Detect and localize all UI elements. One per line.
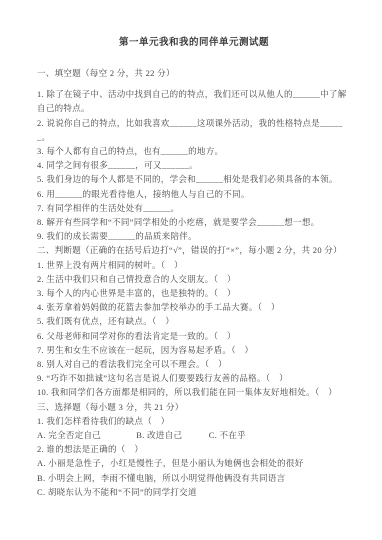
question-line: 4. 张芳拿着妈妈做的花篮去参加学校举办的手工品大赛。（ ） — [37, 300, 351, 314]
question-line: 8. 解开有些同学和“不同”同学相处的小疙瘩，就是要学会______想一想。 — [37, 215, 351, 229]
question-line: 5. 我们既有优点，还有缺点。（ ） — [37, 314, 351, 328]
section-true-false: 二、判断题（正确的在括号后边打“√”，错误的打“×”，每小题 2 分，共 20 … — [37, 243, 351, 399]
question-line: 5. 我们身边的每个人都是不同的，学会和______相处是我们必须具备的本领。 — [37, 172, 351, 186]
question-line: 3. 每个人都有自己的特点，也有______的地方。 — [37, 144, 351, 158]
question-line: 7. 有同学相伴的生活处处有______。 — [37, 201, 351, 215]
test-paper-page: 第一单元我和我的同伴单元测试题 一、填空题（每空 2 分，共 22 分） 1. … — [0, 0, 382, 540]
question-line: 6. 父母老师和同学对你的看法肯定是一致的。（ ） — [37, 329, 351, 343]
section-heading: 一、填空题（每空 2 分，共 22 分） — [37, 66, 351, 80]
question-line: 1. 世界上没有两片相同的树叶。（ ） — [37, 258, 351, 272]
page-title: 第一单元我和我的同伴单元测试题 — [37, 36, 351, 50]
question-line: 7. 男生和女生不应该在一起玩，因为容易起矛盾。（ ） — [37, 343, 351, 357]
section-spacer — [37, 80, 351, 87]
section-multiple-choice: 三、选择题（每小题 3 分，共 21 分） 1. 我们怎样看待我们的缺点（ ） … — [37, 400, 351, 499]
section-heading: 三、选择题（每小题 3 分，共 21 分） — [37, 400, 351, 414]
question-line: 10. 我和同学们各方面都是相同的，所以我们能在同一集体友好地相处。（ ） — [37, 385, 351, 399]
question-line: 1. 我们怎样看待我们的缺点（ ） — [37, 414, 351, 428]
question-line: 2. 说说你自己的特点，比如我喜欢______这项课外活动，我的性格特点是___… — [37, 116, 351, 144]
section-heading: 二、判断题（正确的在括号后边打“√”，错误的打“×”，每小题 2 分，共 20 … — [37, 243, 351, 257]
question-line: 2. 生活中我们只和自己情投意合的人交朋友。（ ） — [37, 272, 351, 286]
choice-option-line: A. 小丽是急性子，小红是慢性子，但是小丽认为她俩也会相处的很好 — [37, 456, 351, 470]
choice-option-line: B. 小明会上网，李雨不懂电脑，所以小明觉得他俩没有共同语言 — [37, 471, 351, 485]
question-line: 9. 我们的成长需要______的品质来陪伴。 — [37, 229, 351, 243]
question-line: 8. 别人对自己的看法我们完全可以不理会。（ ） — [37, 357, 351, 371]
question-line: 4. 同学之间有很多______，可又______。 — [37, 158, 351, 172]
question-line: 9. “巧诈不如拙诚”这句名言是说人们要要践行友善的品格。（ ） — [37, 371, 351, 385]
question-line: 3. 每个人的内心世界是丰富的，也是独特的。（ ） — [37, 286, 351, 300]
question-line: 6. 用______的眼光看待他人，接纳他人与自己的不同。 — [37, 187, 351, 201]
choice-options-line: A. 完全否定自己 B. 改进自己 C. 不在乎 — [37, 428, 351, 442]
section-fill-blanks: 一、填空题（每空 2 分，共 22 分） 1. 除了在镜子中、活动中找到自己的的… — [37, 66, 351, 243]
question-line: 2. 谁的想法是正确的（ ） — [37, 442, 351, 456]
choice-option-line: C. 胡晓东认为不能和“不同”的同学打交道 — [37, 485, 351, 499]
question-line: 1. 除了在镜子中、活动中找到自己的的特点，我们还可以从他人的______中了解… — [37, 87, 351, 115]
